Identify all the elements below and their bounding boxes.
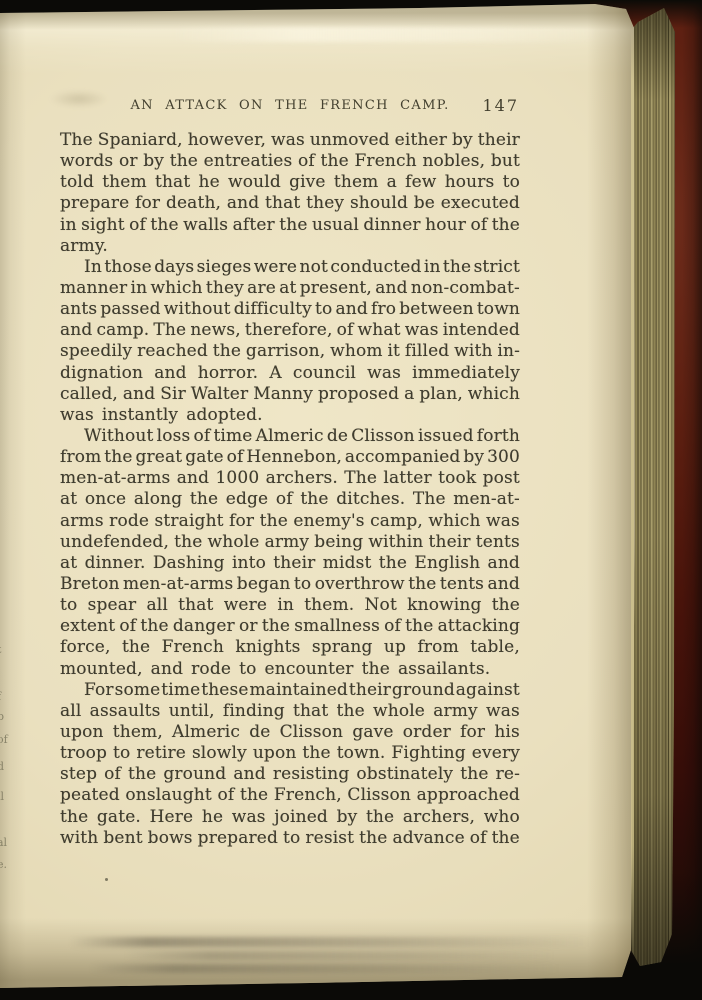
word: the — [300, 489, 328, 510]
word: at — [60, 553, 77, 574]
word: who — [484, 807, 520, 828]
word: against — [456, 680, 520, 701]
edge-text-fragment: al — [0, 838, 7, 848]
word: they — [306, 193, 344, 214]
word: whole — [208, 532, 260, 553]
word: passed — [100, 299, 160, 320]
word: are — [247, 278, 276, 299]
word: upon — [253, 743, 297, 764]
word: for — [135, 193, 160, 214]
word: force, — [60, 637, 111, 658]
word: them — [334, 172, 379, 193]
word: by — [452, 130, 473, 151]
word: forth — [477, 426, 520, 447]
word: their — [349, 680, 391, 701]
text-line: fromthegreatgateofHennebon,accompaniedby… — [60, 447, 520, 468]
word: tents — [476, 532, 520, 553]
word: words — [60, 151, 113, 172]
word: knowing — [407, 595, 481, 616]
word: archers. — [266, 468, 338, 489]
word: their — [478, 130, 520, 151]
word: were — [254, 257, 297, 278]
word: but — [491, 151, 520, 172]
word: the — [104, 447, 132, 468]
word: at — [279, 278, 296, 299]
word: men-at- — [453, 489, 520, 510]
word: began — [237, 574, 291, 595]
word: camp, — [370, 511, 423, 532]
word: sprang — [312, 637, 373, 658]
text-line: Bretonmen-at-armsbegantooverthrowthetent… — [60, 574, 520, 595]
text-line: Forsometimethesemaintainedtheirgroundaga… — [60, 680, 520, 701]
word: and — [336, 299, 368, 320]
word: prepare — [60, 193, 129, 214]
word: gate — [185, 447, 224, 468]
text-line: force,theFrenchknightssprangupfromtable, — [60, 637, 520, 658]
word: the — [492, 215, 520, 236]
text-line: army. — [60, 236, 520, 257]
word: was — [232, 807, 266, 828]
word: should — [350, 193, 408, 214]
word: and — [227, 193, 259, 214]
word: latter — [383, 468, 431, 489]
word: to — [283, 828, 300, 849]
word: unmoved — [310, 130, 390, 151]
edge-text-fragment: d — [0, 762, 4, 772]
word: army — [433, 701, 478, 722]
word: horror. — [198, 363, 258, 384]
word: Clisson — [280, 722, 344, 743]
edge-text-fragment: e. — [0, 860, 7, 870]
word: in- — [497, 341, 520, 362]
word: whom — [330, 341, 382, 362]
word: The — [413, 489, 446, 510]
word: which — [428, 511, 480, 532]
word: assaults — [90, 701, 161, 722]
word: council — [293, 363, 356, 384]
word: or — [239, 616, 258, 637]
word: hours — [445, 172, 495, 193]
word: at — [60, 489, 77, 510]
word: walls — [183, 215, 228, 236]
word: the — [460, 764, 488, 785]
word: without — [164, 299, 231, 320]
word: which — [468, 384, 520, 405]
word: spear — [88, 595, 137, 616]
word: proposed — [318, 384, 399, 405]
ink-speck — [105, 878, 108, 881]
word: to — [315, 299, 332, 320]
word: of — [218, 785, 235, 806]
word: men-at-arms — [60, 468, 170, 489]
page-content: AN ATTACK ON THE FRENCH CAMP. 147 TheSpa… — [60, 96, 520, 849]
word: immediately — [412, 363, 520, 384]
word: Sir — [160, 384, 186, 405]
word: great — [135, 447, 182, 468]
scanned-book-photo: AN ATTACK ON THE FRENCH CAMP. 147 TheSpa… — [0, 0, 702, 1000]
word: in — [60, 215, 77, 236]
word: would — [228, 172, 281, 193]
running-header: AN ATTACK ON THE FRENCH CAMP. 147 — [60, 96, 520, 130]
word: was — [271, 130, 305, 151]
word: within — [368, 532, 423, 553]
word: smallness — [294, 616, 380, 637]
word: the — [240, 785, 268, 806]
word: Fighting — [391, 743, 465, 764]
word: of — [298, 151, 315, 172]
word: ants — [60, 299, 97, 320]
word: Not — [365, 595, 397, 616]
text-line: mounted, and rode to encounter the assai… — [60, 659, 520, 680]
word: called, — [60, 384, 118, 405]
word: obstinately — [356, 764, 453, 785]
text-line: withbentbowspreparedtoresisttheadvanceof… — [60, 828, 520, 849]
word: issued — [418, 426, 474, 447]
word: time — [213, 426, 252, 447]
edge-text-fragment: b — [0, 712, 4, 722]
word: and — [154, 363, 186, 384]
word: slowly — [192, 743, 247, 764]
word: resist — [305, 828, 354, 849]
word: hour — [425, 215, 466, 236]
word: news, — [190, 320, 240, 341]
word: Clisson — [351, 426, 415, 447]
word: of — [470, 215, 487, 236]
word: of — [129, 215, 146, 236]
word: the — [492, 595, 520, 616]
word: knights — [235, 637, 300, 658]
word: what — [358, 320, 401, 341]
word: Clisson — [347, 785, 411, 806]
word: dinner — [363, 215, 420, 236]
word: French — [354, 151, 416, 172]
word: French — [162, 637, 224, 658]
word: was — [367, 363, 401, 384]
word: those — [104, 257, 152, 278]
word: midst — [323, 553, 372, 574]
word: it — [387, 341, 400, 362]
word: of — [193, 426, 210, 447]
word: 300 — [487, 447, 520, 468]
word: Spaniard, — [98, 130, 183, 151]
word: the — [122, 637, 150, 658]
word: by — [143, 151, 164, 172]
text-line: atdinner.DashingintotheirmidsttheEnglish… — [60, 553, 520, 574]
word: from — [60, 447, 101, 468]
text-line: thegate.Herehewasjoinedbythearchers,who — [60, 807, 520, 828]
word: and — [177, 468, 209, 489]
word: army — [265, 532, 310, 553]
word: garrison, — [246, 341, 325, 362]
word: the — [405, 616, 433, 637]
page-body: TheSpaniard,however,wasunmovedeitherbyth… — [60, 130, 520, 849]
text-line: tospearallthatwereinthem.Notknowingthe — [60, 595, 520, 616]
word: between — [399, 299, 473, 320]
text-line: antspassedwithoutdifficultytoandfrobetwe… — [60, 299, 520, 320]
word: maintained — [250, 680, 348, 701]
word: the — [140, 616, 168, 637]
word: filled — [405, 341, 449, 362]
word: A — [269, 363, 281, 384]
word: and — [60, 320, 92, 341]
word: enemy's — [293, 511, 364, 532]
word: Almeric — [256, 426, 324, 447]
word: in — [424, 257, 441, 278]
word: the — [408, 574, 436, 595]
word: strict — [474, 257, 520, 278]
word: they — [206, 278, 244, 299]
edge-text-fragment: of — [0, 735, 8, 745]
word: up — [384, 637, 406, 658]
page-edge-highlight — [631, 26, 634, 956]
word: was — [486, 701, 520, 722]
word: their — [273, 553, 315, 574]
word: of — [470, 828, 487, 849]
word: and — [123, 384, 155, 405]
word: step — [60, 764, 97, 785]
text-line: mannerinwhichtheyareatpresent,andnon-com… — [60, 278, 520, 299]
word: that — [178, 595, 213, 616]
word: in — [277, 595, 294, 616]
word: upon — [60, 722, 104, 743]
text-line: speedilyreachedthegarrison,whomitfilledw… — [60, 341, 520, 362]
text-line: dignationandhorror.Acouncilwasimmediatel… — [60, 363, 520, 384]
word: them — [102, 172, 147, 193]
word: death, — [166, 193, 221, 214]
word: Manny — [253, 384, 313, 405]
word: de — [249, 722, 270, 743]
word: joined — [274, 807, 328, 828]
word: executed — [441, 193, 520, 214]
word: the — [359, 828, 387, 849]
word: ditches. — [336, 489, 405, 510]
word: Almeric — [172, 722, 240, 743]
word: resisting — [273, 764, 350, 785]
word: which — [150, 278, 202, 299]
word: for — [229, 511, 254, 532]
word: overthrow — [315, 574, 405, 595]
word: Here — [150, 807, 194, 828]
word: table, — [470, 637, 520, 658]
word: that — [293, 701, 328, 722]
word: order — [403, 722, 451, 743]
text-line: wordsorbytheentreatiesoftheFrenchnobles,… — [60, 151, 520, 172]
word: Breton — [60, 574, 120, 595]
word: conducted — [330, 257, 421, 278]
word: for — [460, 722, 485, 743]
word: the — [443, 257, 471, 278]
word: the — [128, 764, 156, 785]
book-page: AN ATTACK ON THE FRENCH CAMP. 147 TheSpa… — [0, 0, 702, 1000]
word: a — [404, 384, 414, 405]
word: present, — [300, 278, 372, 299]
word: after — [233, 215, 275, 236]
word: time — [161, 680, 200, 701]
word: them, — [113, 722, 163, 743]
text-line: andcamp.Thenews,therefore,ofwhatwasinten… — [60, 320, 520, 341]
word: retire — [136, 743, 186, 764]
word: he — [202, 807, 223, 828]
text-line: armsrodestraightfortheenemy'scamp,whichw… — [60, 511, 520, 532]
word: them. — [304, 595, 354, 616]
word: of — [104, 764, 121, 785]
word: some — [115, 680, 161, 701]
word: English — [414, 553, 480, 574]
word: the — [279, 215, 307, 236]
text-line: called,andSirWalterMannyproposedaplan,wh… — [60, 384, 520, 405]
word: their — [429, 532, 471, 553]
word: that — [155, 172, 190, 193]
word: The — [153, 320, 186, 341]
text-line: was instantly adopted. — [60, 405, 520, 426]
word: straight — [155, 511, 224, 532]
word: approached — [417, 785, 520, 806]
word: be — [414, 193, 435, 214]
word: entreaties — [204, 151, 293, 172]
word: the — [170, 151, 198, 172]
word: nobles, — [422, 151, 485, 172]
word: not — [299, 257, 327, 278]
paper-bottom-smear — [90, 964, 560, 973]
word: or — [119, 151, 138, 172]
page-number: 147 — [482, 96, 519, 115]
text-line: peatedonslaughtoftheFrench,Clissonapproa… — [60, 785, 520, 806]
word: he — [199, 172, 220, 193]
word: in — [131, 278, 148, 299]
word: with — [60, 828, 98, 849]
word: town — [477, 299, 520, 320]
word: by — [463, 447, 484, 468]
word: the — [302, 743, 330, 764]
text-line: toldthemthathewouldgivethemafewhoursto — [60, 172, 520, 193]
word: once — [85, 489, 126, 510]
text-line: trooptoretireslowlyuponthetown.Fightinge… — [60, 743, 520, 764]
word: reached — [137, 341, 208, 362]
word: gate. — [97, 807, 141, 828]
word: peated — [60, 785, 120, 806]
word: the — [60, 807, 88, 828]
word: For — [84, 680, 114, 701]
word: Without — [84, 426, 153, 447]
word: all — [60, 701, 81, 722]
word: to — [60, 595, 77, 616]
word: was — [405, 320, 439, 341]
word: ground — [163, 764, 226, 785]
word: were — [224, 595, 267, 616]
word: manner — [60, 278, 127, 299]
edge-text-fragment: il — [0, 792, 4, 802]
word: took — [438, 468, 476, 489]
word: the — [213, 341, 241, 362]
word: along — [134, 489, 182, 510]
word: with — [454, 341, 492, 362]
word: of — [227, 447, 244, 468]
word: bows — [148, 828, 193, 849]
word: the — [492, 828, 520, 849]
word: sieges — [197, 257, 252, 278]
word: the — [337, 701, 365, 722]
word: into — [232, 553, 266, 574]
word: accompanied — [345, 447, 461, 468]
word: Dashing — [153, 553, 225, 574]
word: bent — [103, 828, 142, 849]
word: the — [321, 151, 349, 172]
word: sight — [81, 215, 125, 236]
text-line: stepofthegroundandresistingobstinatelyth… — [60, 764, 520, 785]
running-header-title: AN ATTACK ON THE FRENCH CAMP. — [60, 98, 520, 113]
word: however, — [188, 130, 266, 151]
word: prepared — [198, 828, 278, 849]
word: and — [375, 278, 407, 299]
word: dinner. — [85, 553, 146, 574]
page-fore-edge-stack — [628, 4, 676, 968]
text-line: allassaultsuntil,findingthatthewholearmy… — [60, 701, 520, 722]
word: ground — [392, 680, 455, 701]
word: loss — [157, 426, 191, 447]
word: undefended, — [60, 532, 169, 553]
word: these — [201, 680, 248, 701]
word: give — [289, 172, 326, 193]
word: being — [314, 532, 363, 553]
word: de — [327, 426, 348, 447]
word: tents — [440, 574, 484, 595]
word: French, — [274, 785, 342, 806]
word: whole — [373, 701, 425, 722]
word: the — [174, 532, 202, 553]
word: of — [119, 616, 136, 637]
word: the — [260, 511, 288, 532]
word: every — [472, 743, 520, 764]
word: the — [366, 807, 394, 828]
word: that — [265, 193, 300, 214]
word: extent — [60, 616, 115, 637]
word: troop — [60, 743, 107, 764]
word: The — [344, 468, 377, 489]
word: a — [387, 172, 397, 193]
text-line: men-at-armsand1000archers.Thelattertookp… — [60, 468, 520, 489]
word: rode — [109, 511, 149, 532]
text-line: atoncealongtheedgeoftheditches.Themen-at… — [60, 489, 520, 510]
word: edge — [226, 489, 269, 510]
word: and — [488, 553, 520, 574]
word: the — [262, 616, 290, 637]
word: 1000 — [215, 468, 259, 489]
word: either — [395, 130, 447, 151]
word: all — [146, 595, 167, 616]
word: difficulty — [234, 299, 312, 320]
word: re- — [496, 764, 520, 785]
word: from — [417, 637, 458, 658]
paper-bottom-smear — [70, 937, 590, 947]
word: therefore, — [245, 320, 333, 341]
word: of — [384, 616, 401, 637]
word: his — [494, 722, 520, 743]
edge-text-fragment: t — [0, 645, 1, 655]
word: camp. — [97, 320, 150, 341]
word: of — [337, 320, 354, 341]
word: plan, — [419, 384, 463, 405]
word: was — [486, 511, 520, 532]
text-line: extentofthedangerorthesmallnessoftheatta… — [60, 616, 520, 637]
word: In — [84, 257, 102, 278]
word: archers, — [403, 807, 475, 828]
text-line: WithoutlossoftimeAlmericdeClissonissuedf… — [60, 426, 520, 447]
word: and — [487, 574, 519, 595]
word: the — [190, 489, 218, 510]
text-line: uponthem,AlmericdeClissongaveorderforhis — [60, 722, 520, 743]
word: and — [233, 764, 265, 785]
edge-text-fragment: f — [0, 692, 1, 702]
